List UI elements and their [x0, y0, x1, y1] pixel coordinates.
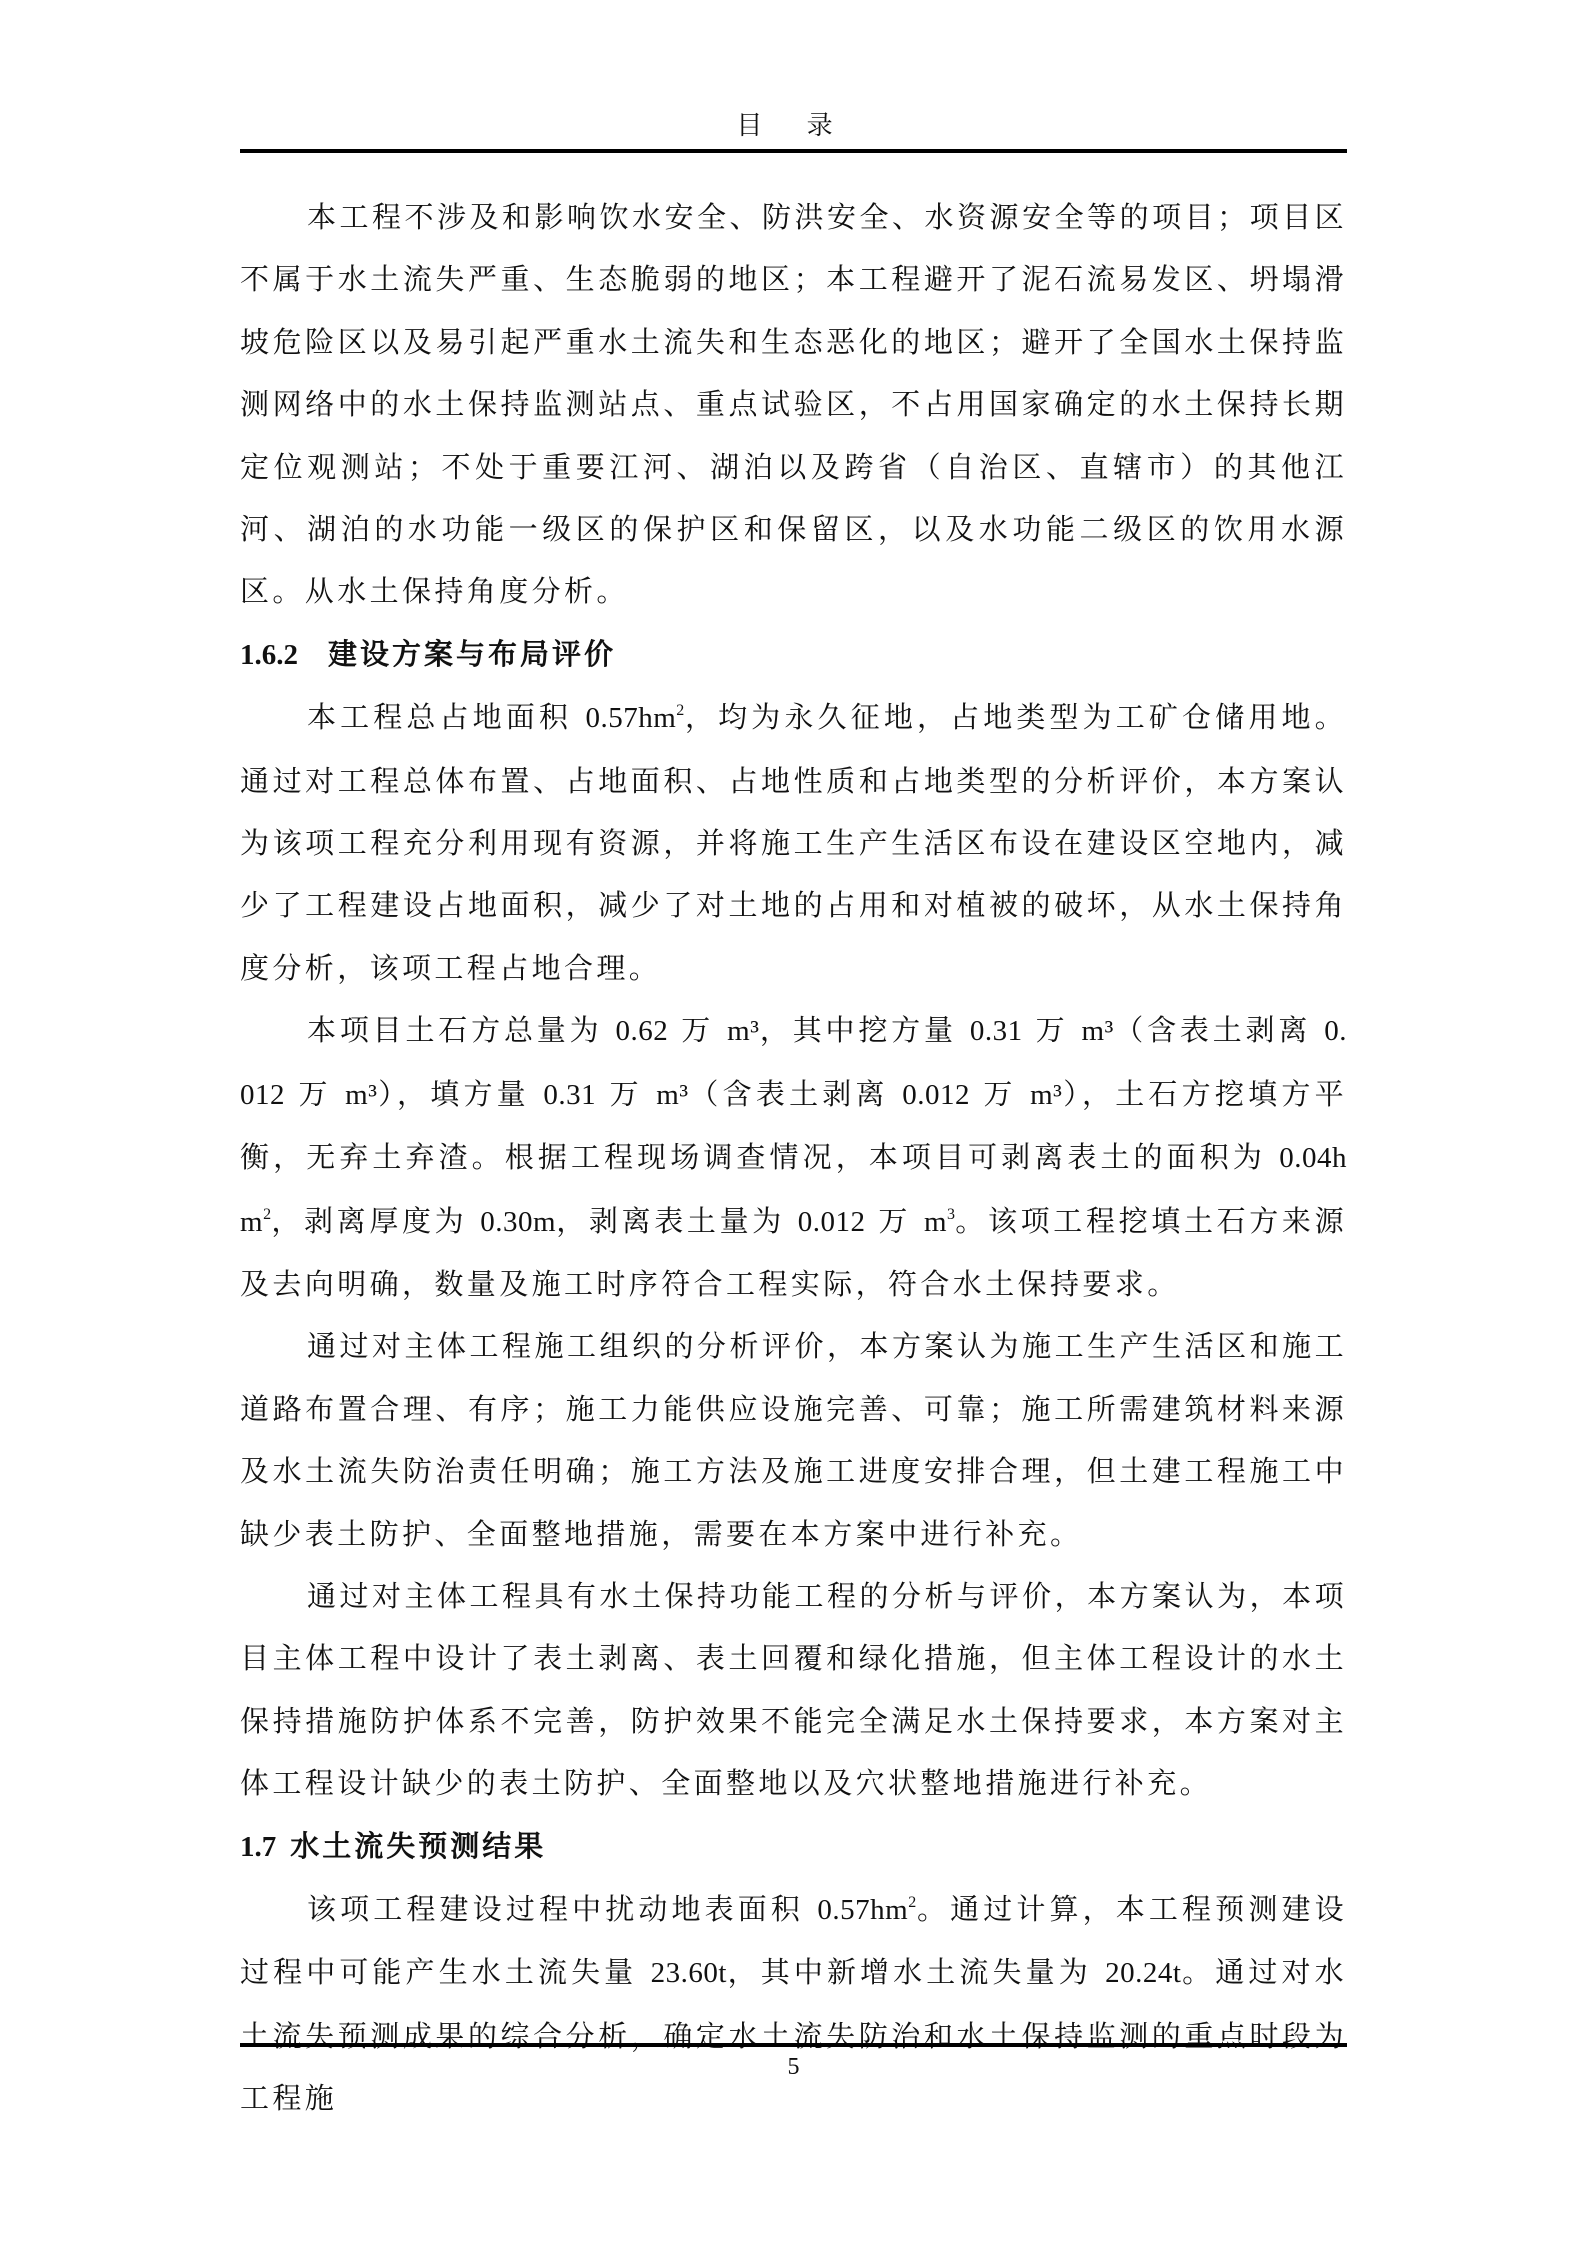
section-title: 水土流失预测结果	[290, 1829, 546, 1863]
section-heading-1-6-2: 1.6.2建设方案与布局评价	[240, 623, 1347, 686]
page-number: 5	[240, 2052, 1347, 2082]
section-number: 1.6.2	[240, 639, 298, 671]
document-body: 本工程不涉及和影响饮水安全、防洪安全、水资源安全等的项目；项目区不属于水土流失严…	[240, 186, 1347, 2130]
footer-rule	[240, 2043, 1347, 2047]
paragraph-erosion-prediction: 该项工程建设过程中扰动地表面积 0.57hm2。通过计算，本工程预测建设过程中可…	[240, 1878, 1347, 2130]
paragraph-site-selection: 本工程不涉及和影响饮水安全、防洪安全、水资源安全等的项目；项目区不属于水土流失严…	[240, 186, 1347, 623]
running-header: 目 录	[240, 108, 1347, 144]
paragraph-earthwork: 本项目土石方总量为 0.62 万 m³，其中挖方量 0.31 万 m³（含表土剥…	[240, 999, 1347, 1315]
paragraph-land-occupation: 本工程总占地面积 0.57hm2，均为永久征地，占地类型为工矿仓储用地。通过对工…	[240, 686, 1347, 999]
section-number: 1.7	[240, 1831, 276, 1863]
paragraph-construction-organization: 通过对主体工程施工组织的分析评价，本方案认为施工生产生活区和施工道路布置合理、有…	[240, 1315, 1347, 1565]
paragraph-soil-conservation-function: 通过对主体工程具有水土保持功能工程的分析与评价，本方案认为，本项目主体工程中设计…	[240, 1565, 1347, 1815]
section-title: 建设方案与布局评价	[328, 637, 616, 671]
section-heading-1-7: 1.7水土流失预测结果	[240, 1815, 1347, 1878]
header-rule	[240, 149, 1347, 153]
